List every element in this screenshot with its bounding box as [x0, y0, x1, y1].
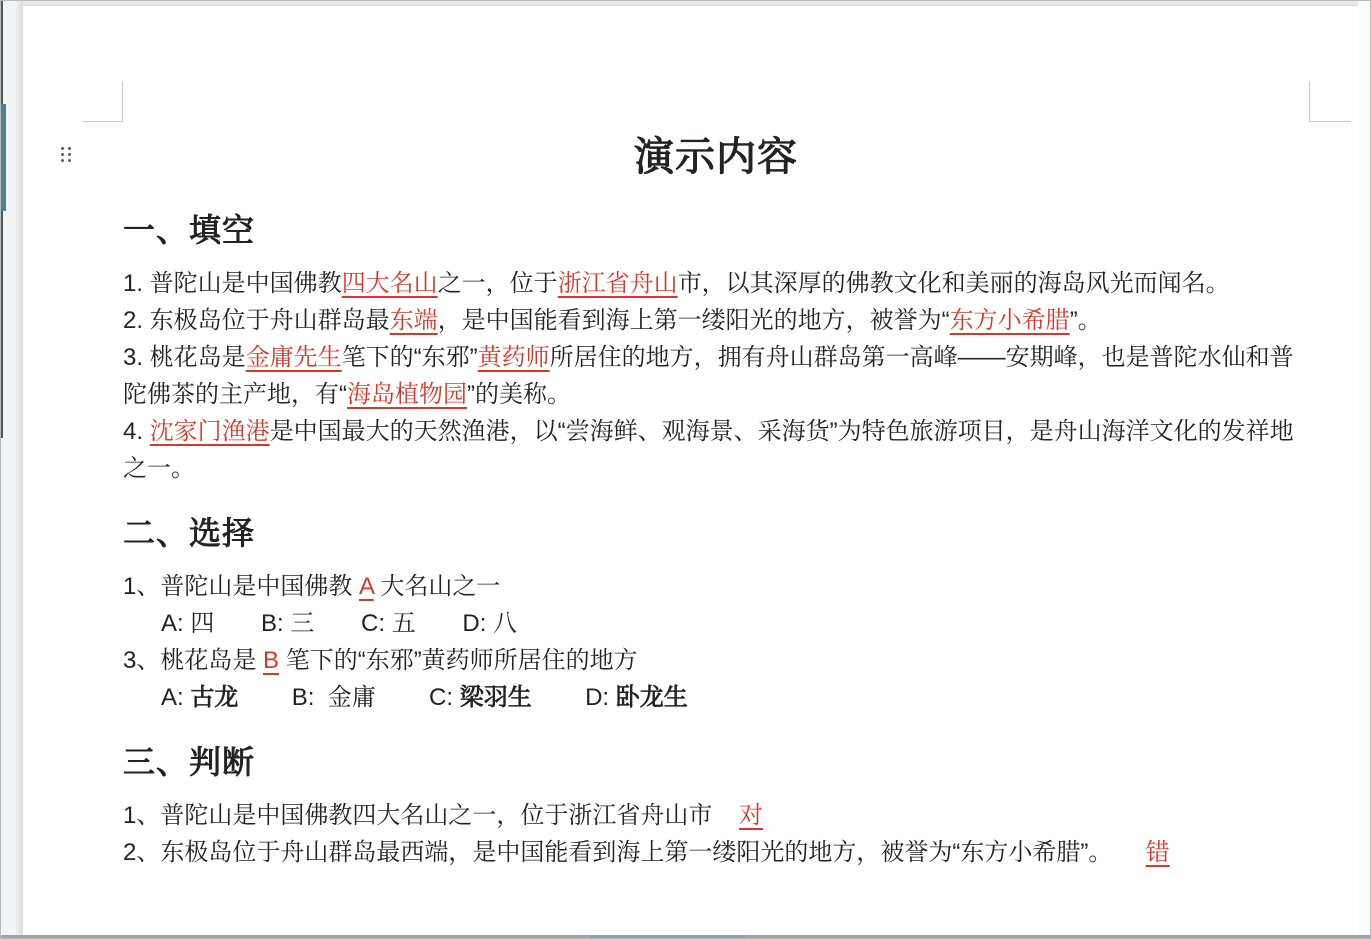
answer-text: 黄药师 [478, 344, 550, 371]
text-run: 笔下的“东邪” [342, 344, 478, 371]
paragraph[interactable]: A: 古龙 B: 金庸 C: 梁羽生 D: 卧龙生 [123, 679, 1309, 716]
section-heading[interactable]: 三、判断 [123, 742, 1309, 782]
answer-text: 浙江省舟山 [558, 270, 678, 297]
section-heading[interactable]: 一、填空 [123, 210, 1309, 250]
document-editor-window: 演示内容 一、填空1. 普陀山是中国佛教四大名山之一，位于浙江省舟山市，以其深厚… [0, 0, 1371, 939]
document-title[interactable]: 演示内容 [123, 134, 1309, 180]
option-value: 梁羽生 [460, 684, 532, 711]
text-run: 1、普陀山是中国佛教四大名山之一，位于浙江省舟山市 [123, 802, 739, 829]
drag-dot [68, 159, 71, 162]
left-edge-panel [1, 1, 23, 938]
left-window-border [1, 1, 3, 438]
answer-text: 错 [1146, 839, 1170, 866]
text-run: 4. [123, 418, 150, 445]
section-heading[interactable]: 二、选择 [123, 513, 1309, 553]
text-run: 3、桃花岛是 [123, 647, 263, 674]
option-value: 卧龙生 [616, 684, 688, 711]
option-value: 古龙 [190, 684, 238, 711]
text-run: 1、普陀山是中国佛教 [123, 573, 359, 600]
answer-text: 金庸先生 [246, 344, 342, 371]
text-run: B: 金庸 C: [238, 684, 459, 711]
drag-dot [68, 153, 71, 156]
text-run: 市，以其深厚的佛教文化和美丽的海岛风光而闻名。 [678, 270, 1230, 297]
paragraph[interactable]: 1. 普陀山是中国佛教四大名山之一，位于浙江省舟山市，以其深厚的佛教文化和美丽的… [123, 265, 1309, 302]
text-run: 之一，位于 [438, 270, 558, 297]
answer-text: 四大名山 [342, 270, 438, 297]
text-run: A: [161, 684, 190, 711]
answer-text: 海岛植物园 [347, 381, 467, 408]
answer-text: B [263, 647, 279, 674]
margin-mark-top-left [83, 81, 123, 122]
document-page[interactable]: 演示内容 一、填空1. 普陀山是中国佛教四大名山之一，位于浙江省舟山市，以其深厚… [23, 6, 1359, 937]
drag-dot [61, 147, 64, 150]
text-run: 2、东极岛位于舟山群岛最西端，是中国能看到海上第一缕阳光的地方，被誉为“东方小希… [123, 839, 1146, 866]
text-run: 大名山之一 [374, 573, 501, 600]
paragraph[interactable]: 1、普陀山是中国佛教 A 大名山之一 [123, 568, 1309, 605]
text-run: ”。 [1070, 307, 1102, 334]
paragraph[interactable]: 3. 桃花岛是金庸先生笔下的“东邪”黄药师所居住的地方，拥有舟山群岛第一高峰——… [123, 339, 1309, 413]
drag-dot [68, 147, 71, 150]
paragraph[interactable]: 3、桃花岛是 B 笔下的“东邪”黄药师所居住的地方 [123, 642, 1309, 679]
paragraph[interactable]: 1、普陀山是中国佛教四大名山之一，位于浙江省舟山市 对 [123, 797, 1309, 834]
window-bottom-border [1, 935, 1370, 938]
answer-text: A [359, 573, 374, 600]
text-run: D: [532, 684, 616, 711]
answer-text: 东方小希腊 [950, 307, 1070, 334]
paragraph[interactable]: A: 四 B: 三 C: 五 D: 八 [123, 605, 1309, 642]
text-run: 2. 东极岛位于舟山群岛最 [123, 307, 390, 334]
text-run: 是中国最大的天然渔港，以“尝海鲜、观海景、采海货”为特色旅游项目，是舟山海洋文化… [123, 418, 1294, 482]
text-run: 笔下的“东邪”黄药师所居住的地方 [279, 647, 638, 674]
text-run: A: 四 B: 三 C: 五 D: 八 [161, 610, 517, 637]
drag-dot [61, 159, 64, 162]
text-run: 3. 桃花岛是 [123, 344, 246, 371]
answer-text: 沈家门渔港 [150, 418, 270, 445]
bottom-scroll-indicator[interactable] [589, 935, 746, 938]
paragraph[interactable]: 2. 东极岛位于舟山群岛最东端，是中国能看到海上第一缕阳光的地方，被誉为“东方小… [123, 302, 1309, 339]
block-drag-handle-icon[interactable] [61, 147, 71, 162]
document-body: 一、填空1. 普陀山是中国佛教四大名山之一，位于浙江省舟山市，以其深厚的佛教文化… [123, 210, 1309, 871]
document-content: 演示内容 一、填空1. 普陀山是中国佛教四大名山之一，位于浙江省舟山市，以其深厚… [123, 134, 1309, 871]
answer-text: 对 [739, 802, 763, 829]
drag-dot [61, 153, 64, 156]
answer-text: 东端 [390, 307, 438, 334]
margin-mark-top-right [1309, 81, 1351, 122]
paragraph[interactable]: 2、东极岛位于舟山群岛最西端，是中国能看到海上第一缕阳光的地方，被誉为“东方小希… [123, 834, 1309, 871]
text-run: ，是中国能看到海上第一缕阳光的地方，被誉为“ [438, 307, 950, 334]
paragraph[interactable]: 4. 沈家门渔港是中国最大的天然渔港，以“尝海鲜、观海景、采海货”为特色旅游项目… [123, 413, 1309, 487]
text-run: 1. 普陀山是中国佛教 [123, 270, 342, 297]
left-edge-accent-bar [1, 104, 6, 211]
text-run: ”的美称。 [467, 381, 571, 408]
